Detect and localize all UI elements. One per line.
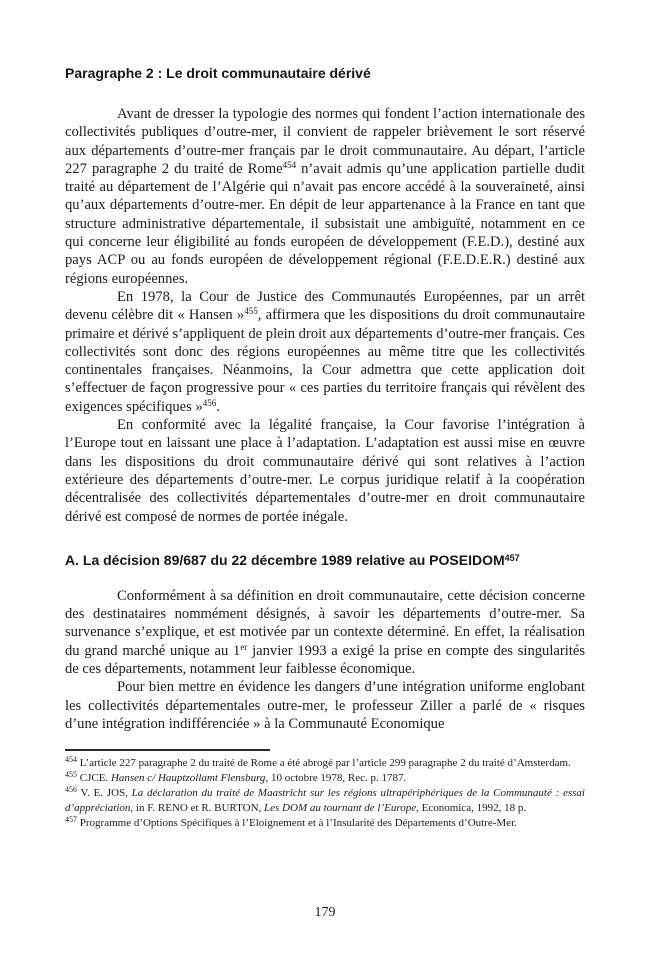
paragraph-2: En 1978, la Cour de Justice des Communau… <box>65 288 585 416</box>
footnote-number-455: 455 <box>65 770 77 779</box>
paragraph-2-text: , affirmera que les dispositions du droi… <box>65 307 585 414</box>
paragraph-5: Pour bien mettre en évidence les dangers… <box>65 678 585 733</box>
footnote-number-456: 456 <box>65 785 77 794</box>
footnote-number-457: 457 <box>65 815 77 824</box>
footnote-area: 454 L’article 227 paragraphe 2 du traité… <box>65 749 585 831</box>
sub-heading-text: A. La décision 89/687 du 22 décembre 198… <box>65 552 505 568</box>
footnote-456-text: V. E. JOS, <box>77 787 132 799</box>
footnote-456: 456 V. E. JOS, La déclaration du traité … <box>65 786 585 816</box>
footnote-457: 457 Programme d’Options Spécifiques à l’… <box>65 816 585 831</box>
footnote-number-454: 454 <box>65 755 77 764</box>
footnote-454-text: L’article 227 paragraphe 2 du traité de … <box>77 757 571 769</box>
section-heading: Paragraphe 2 : Le droit communautaire dé… <box>65 65 585 82</box>
paragraph-3: En conformité avec la légalité française… <box>65 416 585 526</box>
paragraph-1: Avant de dresser la typologie des normes… <box>65 105 585 288</box>
footnote-457-text: Programme d’Options Spécifiques à l’Eloi… <box>77 817 517 829</box>
footnote-455: 455 CJCE. Hansen c/ Hauptzollamt Flensbu… <box>65 771 585 786</box>
footnote-455-text: CJCE. <box>77 772 111 784</box>
footnote-456-text: , in F. RENO et R. BURTON, <box>130 802 264 814</box>
footnote-ref-454: 454 <box>283 160 297 170</box>
paragraph-4: Conformément à sa définition en droit co… <box>65 587 585 678</box>
footnote-separator-rule <box>65 749 270 751</box>
footnote-456-book-title: Les DOM au tournant de l’Europe <box>264 802 416 814</box>
footnote-456-text: , Economica, 1992, 18 p. <box>416 802 526 814</box>
paragraph-3-text: En conformité avec la légalité française… <box>65 417 585 524</box>
paragraph-5-text: Pour bien mettre en évidence les dangers… <box>65 679 585 732</box>
sub-heading: A. La décision 89/687 du 22 décembre 198… <box>65 552 585 569</box>
footnote-ref-457: 457 <box>505 553 520 563</box>
paragraph-2-text: . <box>216 399 220 415</box>
ordinal-superscript: er <box>240 642 247 652</box>
footnote-455-text: , 10 octobre 1978, Rec. p. 1787. <box>265 772 406 784</box>
footnote-455-case-title: Hansen c/ Hauptzollamt Flensburg <box>111 772 266 784</box>
page-number: 179 <box>0 905 650 921</box>
document-page: Paragraphe 2 : Le droit communautaire dé… <box>0 0 650 976</box>
paragraph-1-text: n’avait admis qu’une application partiel… <box>65 161 585 287</box>
footnote-ref-455: 455 <box>244 306 258 316</box>
footnote-ref-456: 456 <box>203 398 217 408</box>
page-content: Paragraphe 2 : Le droit communautaire dé… <box>0 0 650 831</box>
footnote-454: 454 L’article 227 paragraphe 2 du traité… <box>65 756 585 771</box>
